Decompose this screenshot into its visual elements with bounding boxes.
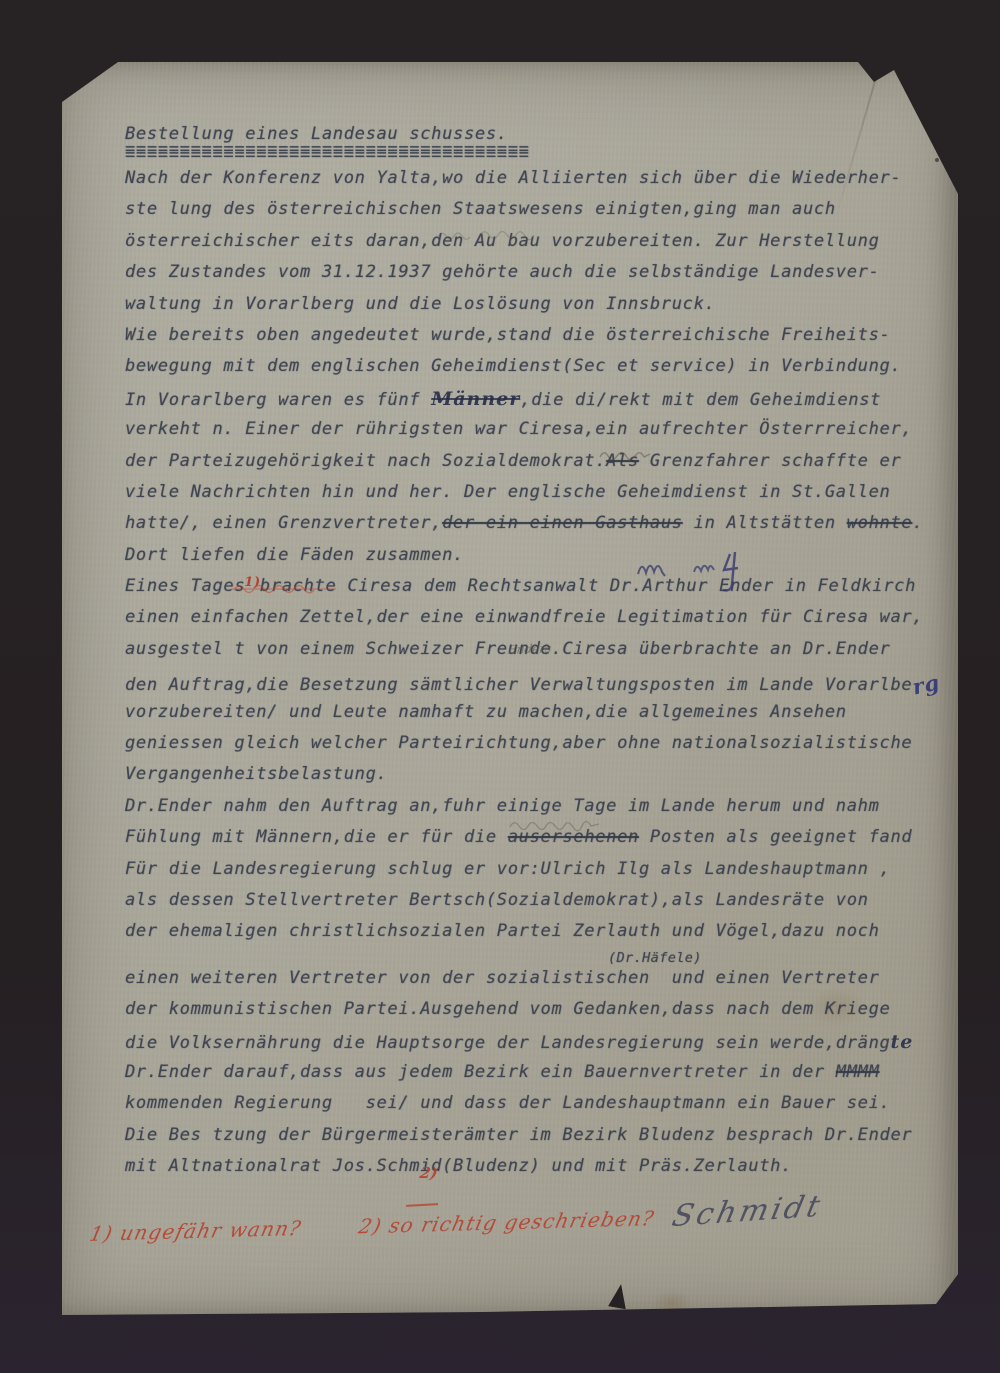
text-segment: viele Nachrichten hin und her. Der engli…	[125, 482, 890, 502]
text-line: Vergangenheitsbelastung.	[125, 764, 939, 795]
text-line: die Volksernährung die Hauptsorge der La…	[125, 1031, 939, 1062]
text-line: In Vorarlberg waren es fünf Männer,die d…	[125, 388, 939, 419]
text-line: Dr.Ender nahm den Auftrag an,fuhr einige…	[125, 796, 939, 827]
text-segment-x: ausersehenen	[508, 827, 639, 847]
text-line: ausgestel t von einem Schweizer Freunde.…	[125, 639, 939, 670]
text-segment: Dr.Ender darauf,dass aus jedem Bezirk ei…	[125, 1062, 836, 1082]
text-segment: einen weiteren Vertreter von der soziali…	[125, 968, 880, 988]
text-segment-fl: rg	[910, 670, 942, 700]
title-underline-row: =====================================	[125, 152, 530, 158]
text-segment-red: 1)	[244, 575, 261, 590]
title-underline: ===================================== ==…	[125, 146, 530, 158]
text-segment: brachte Ciresa dem Rechtsanwalt Dr.Arthu…	[260, 576, 916, 596]
text-segment-x: der ein einen Gasthaus	[442, 513, 683, 533]
text-segment: in Altstätten	[683, 513, 847, 533]
text-segment: der Parteizugehörigkeit nach Sozialdemok…	[125, 451, 606, 471]
text-line: Dr.Ender darauf,dass aus jedem Bezirk ei…	[125, 1062, 939, 1093]
text-segment: vorzubereiten/ und Leute namhaft zu mach…	[125, 702, 847, 722]
page-background: Bestellung eines Landesau schusses. ====…	[0, 0, 1000, 1373]
text-segment: Grenzfahrer schaffte er	[639, 451, 901, 471]
text-line: als dessen Stellvertreter Bertsch(Sozial…	[125, 890, 939, 921]
text-line: verkeht n. Einer der rührigsten war Cire…	[125, 419, 939, 450]
text-line: des Zustandes vom 31.12.1937 gehörte auc…	[125, 262, 939, 293]
text-segment: ste lung des österreichischen Staatswese…	[125, 199, 836, 219]
text-segment: mit Altnationalrat Jos.Schmid(Bludenz) u…	[125, 1156, 792, 1176]
paper-stain	[652, 1290, 692, 1316]
text-line: hatte/, einen Grenzvertreter,der ein ein…	[125, 513, 939, 544]
text-line: Eines Tages1)brachte Ciresa dem Rechtsan…	[125, 576, 939, 607]
text-segment-x: wohnte	[847, 513, 913, 533]
text-line: der kommunistischen Partei.Ausgehend vom…	[125, 999, 939, 1030]
text-segment: Die Bes tzung der Bürgermeisterämter im …	[125, 1125, 912, 1145]
text-segment: als dessen Stellvertreter Bertsch(Sozial…	[125, 890, 869, 910]
text-line: Die Bes tzung der Bürgermeisterämter im …	[125, 1125, 939, 1156]
text-line: (Dr.Häfele)	[125, 950, 939, 968]
red-question-2: 2) so richtig geschrieben?	[357, 1206, 658, 1238]
text-segment: des Zustandes vom 31.12.1937 gehörte auc…	[125, 262, 880, 282]
text-line: ste lung des österreichischen Staatswese…	[125, 199, 939, 230]
text-line: kommenden Regierung sei/ und dass der La…	[125, 1093, 939, 1124]
text-segment: Nach der Konferenz von Yalta,wo die Alli…	[125, 168, 901, 188]
text-segment: .	[912, 513, 923, 533]
text-line: Wie bereits oben angedeutet wurde,stand …	[125, 325, 939, 356]
text-segment: Für die Landesregierung schlug er vor:Ul…	[125, 859, 890, 879]
text-line: den Auftrag,die Besetzung sämtlicher Ver…	[125, 670, 939, 701]
text-segment: die Volksernährung die Hauptsorge der La…	[125, 1033, 890, 1053]
handwritten-signature: Schmidt	[669, 1189, 826, 1234]
text-segment: Dr.Ender nahm den Auftrag an,fuhr einige…	[125, 796, 880, 816]
red-underline-schmid	[406, 1203, 438, 1207]
text-line: einen weiteren Vertreter von der soziali…	[125, 968, 939, 999]
text-line: mit Altnationalrat Jos.Schmid(Bludenz) u…	[125, 1156, 939, 1187]
text-segment: der kommunistischen Partei.Ausgehend vom…	[125, 999, 890, 1019]
text-segment-inkx: Männer	[431, 388, 520, 410]
text-segment: ausgestel t von einem Schweizer Freunde.…	[125, 639, 890, 659]
text-line: einen einfachen Zettel,der eine einwandf…	[125, 607, 939, 638]
handwritten-questions-line: 1) ungefähr wann?2) so richtig geschrieb…	[90, 1206, 655, 1246]
question-gap	[302, 1233, 360, 1235]
text-segment: (Dr.Häfele)	[608, 950, 702, 966]
text-segment: ,die di/rekt mit dem Geheimdienst	[520, 390, 881, 410]
text-segment: hatte/, einen Grenzvertreter,	[125, 513, 442, 533]
text-segment: einen einfachen Zettel,der eine einwandf…	[125, 607, 923, 627]
text-line: österreichischer eits daran,den Au bau v…	[125, 231, 939, 262]
text-line: der Parteizugehörigkeit nach Sozialdemok…	[125, 451, 939, 482]
text-line: der ehemaligen christlichsozialen Partei…	[125, 921, 939, 952]
text-line: Nach der Konferenz von Yalta,wo die Alli…	[125, 168, 939, 199]
text-segment: der ehemaligen christlichsozialen Partei…	[125, 921, 880, 941]
text-segment: Posten als geeignet fand	[639, 827, 912, 847]
text-line: waltung in Vorarlberg und die Loslösung …	[125, 294, 939, 325]
text-segment: österreichischer eits daran,den Au bau v…	[125, 231, 880, 251]
text-segment: den Auftrag,die Besetzung sämtlicher Ver…	[125, 675, 912, 695]
edge-dot	[934, 132, 938, 136]
text-line: Fühlung mit Männern,die er für die auser…	[125, 827, 939, 858]
text-segment: geniessen gleich welcher Parteirichtung,…	[125, 733, 912, 753]
text-segment: verkeht n. Einer der rührigsten war Cire…	[125, 419, 912, 439]
text-segment: kommenden Regierung sei/ und dass der La…	[125, 1093, 890, 1113]
text-segment-ink: te	[890, 1031, 913, 1053]
paper-tear	[608, 1283, 630, 1310]
text-line: Dort liefen die Fäden zusammen.	[125, 545, 939, 576]
text-line: geniessen gleich welcher Parteirichtung,…	[125, 733, 939, 764]
text-segment-x: MMMM	[836, 1062, 880, 1082]
typed-body: Nach der Konferenz von Yalta,wo die Alli…	[125, 168, 939, 1188]
text-segment: bewegung mit dem englischen Geheimdienst…	[125, 356, 901, 376]
text-segment: In Vorarlberg waren es fünf	[125, 390, 431, 410]
text-segment: Fühlung mit Männern,die er für die	[125, 827, 508, 847]
edge-dot	[937, 146, 941, 150]
text-segment: waltung in Vorarlberg und die Loslösung …	[125, 294, 715, 314]
text-segment: Wie bereits oben angedeutet wurde,stand …	[125, 325, 890, 345]
text-line: bewegung mit dem englischen Geheimdienst…	[125, 356, 939, 387]
text-segment: Dort liefen die Fäden zusammen.	[125, 545, 464, 565]
text-line: viele Nachrichten hin und her. Der engli…	[125, 482, 939, 513]
text-line: Für die Landesregierung schlug er vor:Ul…	[125, 859, 939, 890]
text-line: vorzubereiten/ und Leute namhaft zu mach…	[125, 702, 939, 733]
paper-sheet: Bestellung eines Landesau schusses. ====…	[62, 62, 958, 1315]
red-question-1: 1) ungefähr wann?	[87, 1216, 304, 1246]
text-segment-x: Als	[606, 451, 639, 471]
text-segment: Vergangenheitsbelastung.	[125, 764, 387, 784]
text-segment: Eines Tages	[125, 576, 245, 596]
edge-dot	[935, 158, 939, 162]
